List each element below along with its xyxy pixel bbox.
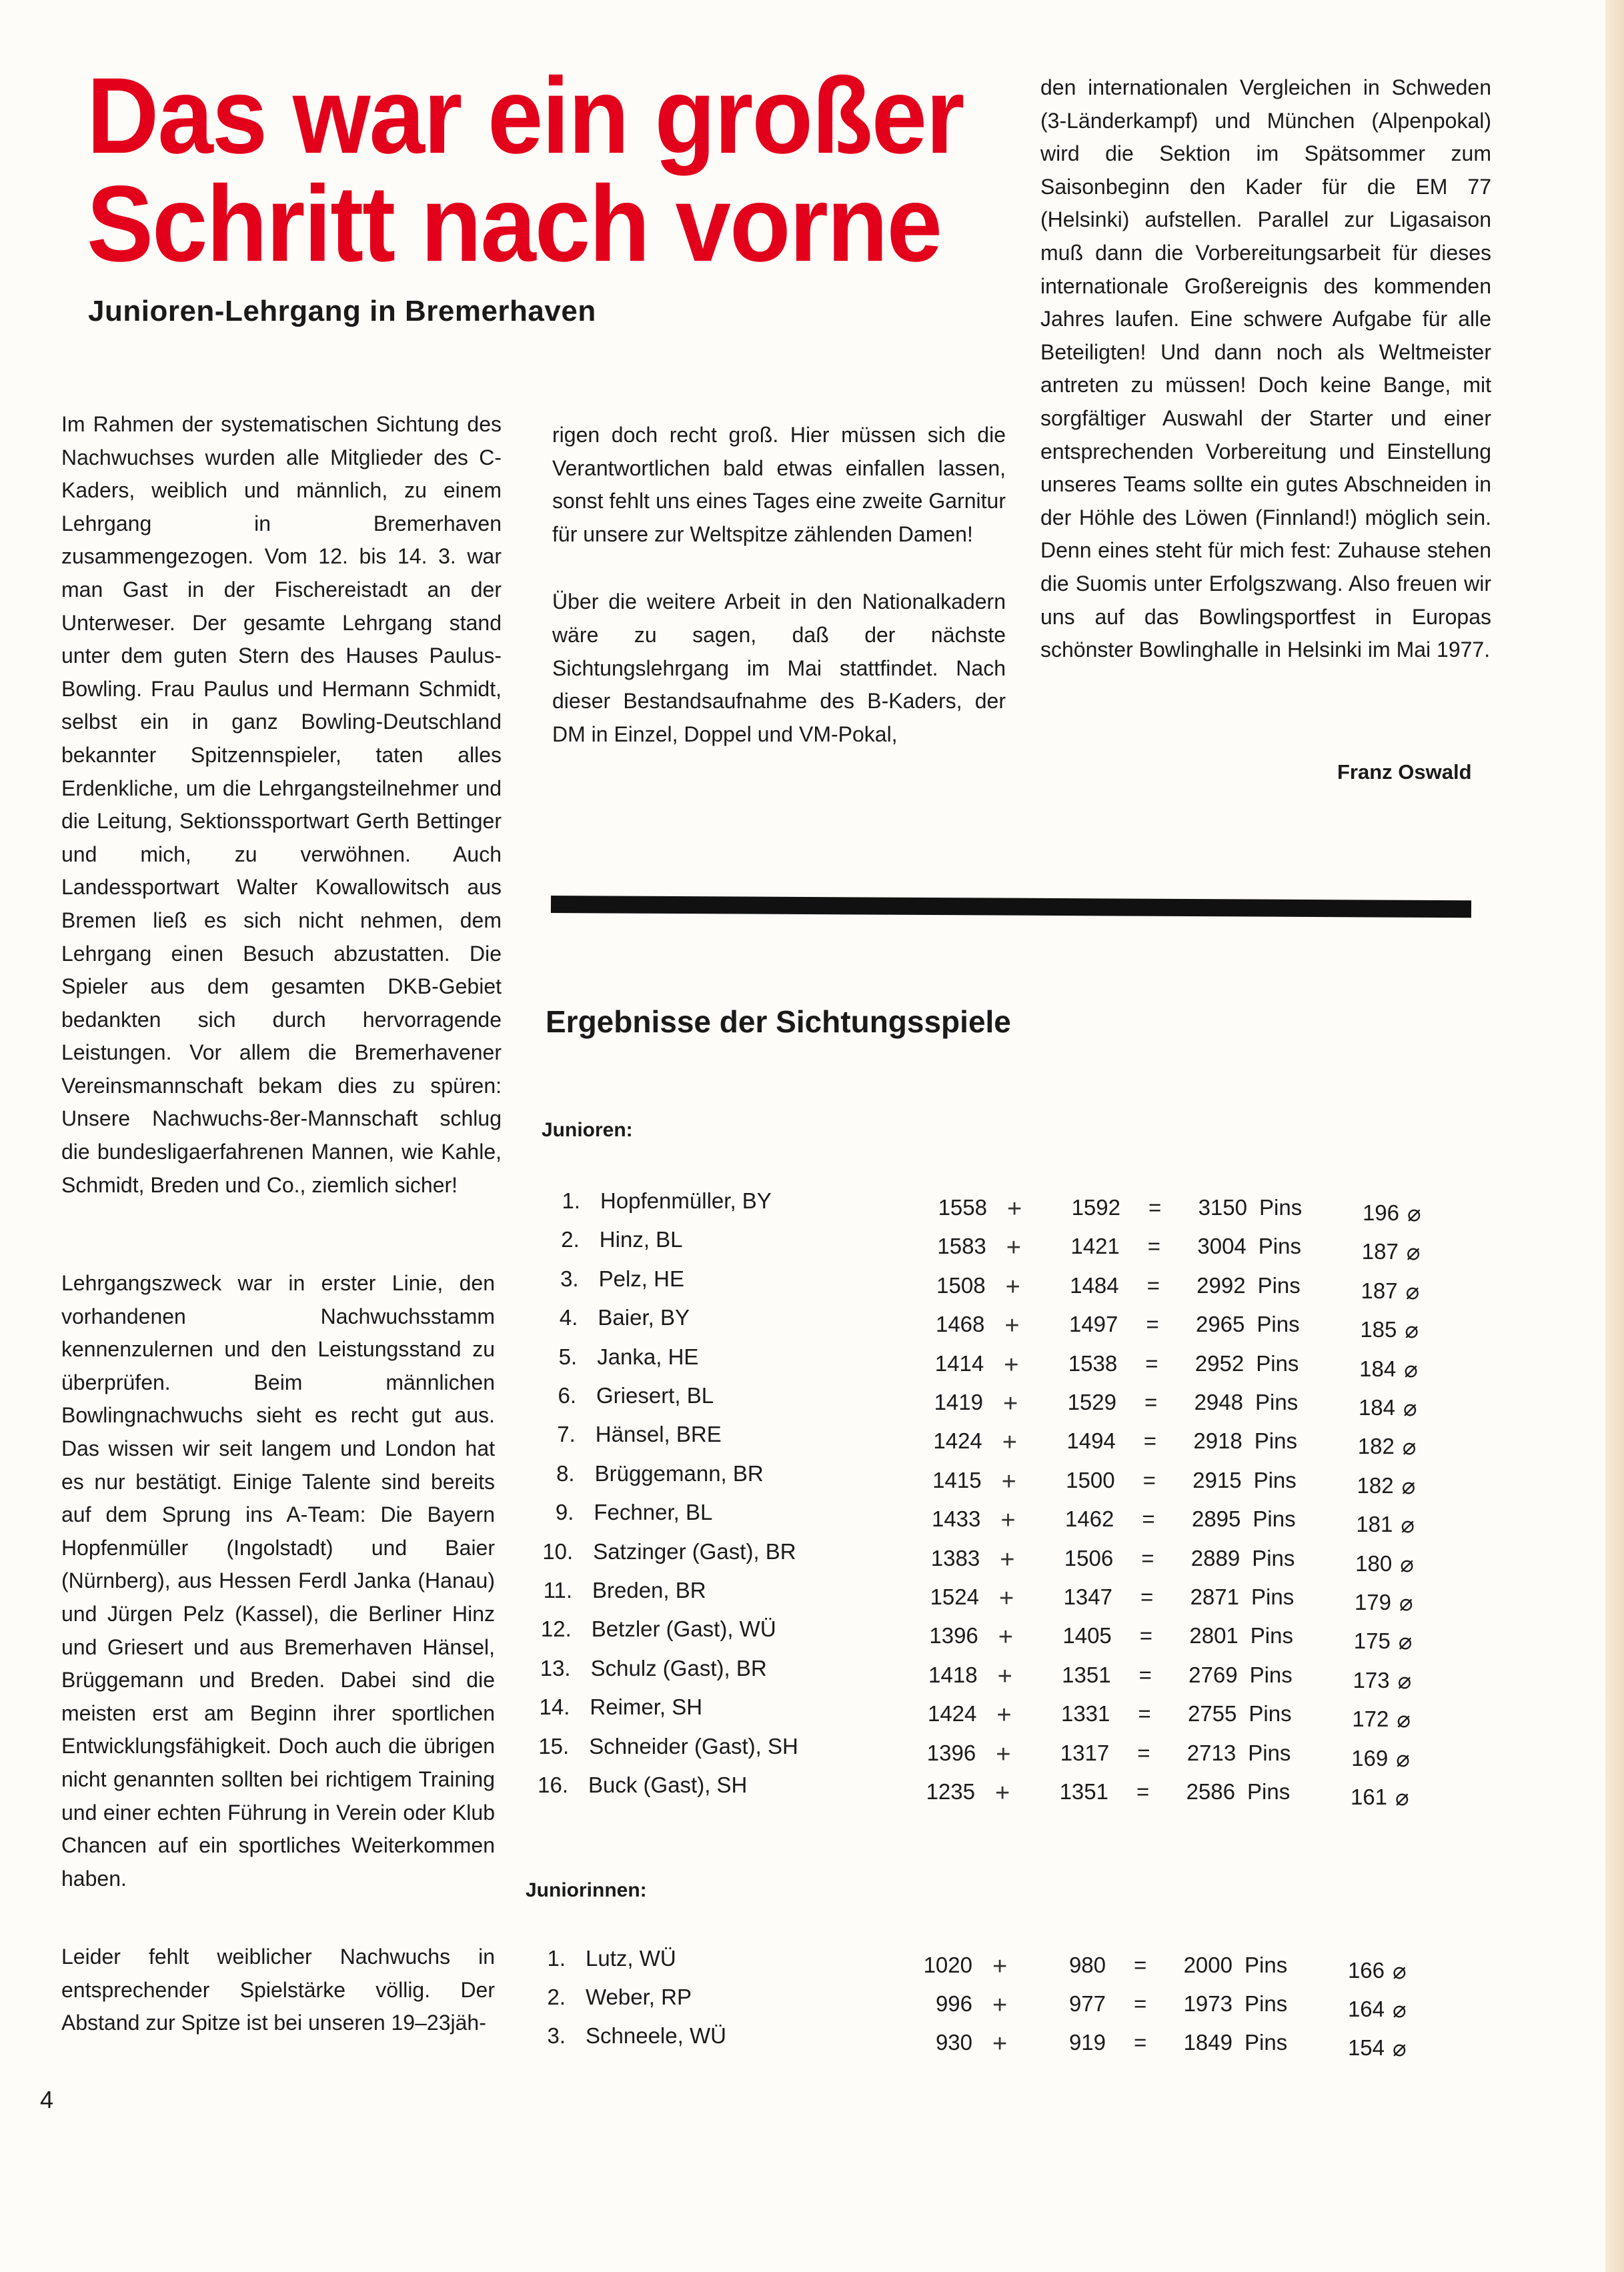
subheadline: Junioren-Lehrgang in Bremerhaven xyxy=(88,295,596,328)
plus-sign: + xyxy=(992,1953,1007,1981)
average-icon: ⌀ xyxy=(1407,1239,1420,1266)
average-score: 179 xyxy=(1351,1590,1391,1615)
rank-cell: 11. xyxy=(532,1578,572,1603)
average-icon: ⌀ xyxy=(1401,1512,1414,1538)
game2-score: 1462 xyxy=(1040,1506,1114,1532)
average-score: 184 xyxy=(1356,1356,1396,1382)
pins-unit: Pins xyxy=(1248,1741,1291,1766)
equals-sign: = xyxy=(1142,1506,1154,1532)
table-row: 2.Hinz, BL1583+1421=3004Pins187⌀ xyxy=(540,1227,1487,1260)
headline-line-2: Schritt nach vorne xyxy=(87,169,1034,277)
game1-score: 1424 xyxy=(903,1701,976,1727)
game1-score: 1558 xyxy=(914,1195,987,1220)
player-name: Schneele, WÜ xyxy=(586,2023,726,2049)
headline: Das war ein großer Schritt nach vorne xyxy=(87,61,1034,277)
plus-sign: + xyxy=(992,1991,1007,2020)
average-icon: ⌀ xyxy=(1403,1395,1417,1422)
rank-cell: 1. xyxy=(540,1188,580,1214)
pins-unit: Pins xyxy=(1259,1195,1302,1220)
table-row: 3.Schneele, WÜ930+919=1849Pins154⌀ xyxy=(526,2023,1473,2057)
plus-sign: + xyxy=(998,1662,1012,1691)
plus-sign: + xyxy=(1006,1273,1020,1302)
rank-cell: 10. xyxy=(533,1539,573,1564)
equals-sign: = xyxy=(1148,1195,1161,1220)
rank-cell: 1. xyxy=(526,1946,566,1971)
rank-cell: 13. xyxy=(531,1656,571,1681)
pins-unit: Pins xyxy=(1249,1701,1291,1727)
average-icon: ⌀ xyxy=(1393,1997,1406,2023)
rank-cell: 12. xyxy=(532,1616,572,1642)
game2-score: 1347 xyxy=(1039,1584,1112,1610)
average-score: 180 xyxy=(1352,1551,1392,1576)
table-row: 16.Buck (Gast), SH1235+1351=2586Pins161⌀ xyxy=(528,1773,1475,1806)
player-name: Reimer, SH xyxy=(590,1694,702,1720)
pins-unit: Pins xyxy=(1247,1779,1290,1805)
plus-sign: + xyxy=(1002,1468,1016,1496)
table-row: 10.Satzinger (Gast), BR1383+1506=2889Pin… xyxy=(533,1539,1480,1572)
pins-unit: Pins xyxy=(1257,1312,1299,1337)
total-pins: 2000 xyxy=(1169,1953,1233,1978)
section-divider xyxy=(551,896,1471,918)
player-name: Brüggemann, BR xyxy=(595,1461,764,1486)
table-row: 13.Schulz (Gast), BR1418+1351=2769Pins17… xyxy=(531,1656,1478,1689)
player-name: Satzinger (Gast), BR xyxy=(593,1539,796,1564)
average-score: 196 xyxy=(1359,1200,1399,1226)
equals-sign: = xyxy=(1143,1468,1156,1493)
average-icon: ⌀ xyxy=(1399,1628,1412,1655)
game2-score: 919 xyxy=(1032,2030,1106,2055)
average-icon: ⌀ xyxy=(1400,1551,1413,1578)
total-pins: 2952 xyxy=(1180,1351,1244,1376)
plus-sign: + xyxy=(996,1741,1010,1769)
game1-score: 1524 xyxy=(906,1584,979,1610)
average-score: 182 xyxy=(1354,1473,1394,1498)
player-name: Janka, HE xyxy=(597,1344,698,1370)
rank-cell: 4. xyxy=(538,1305,578,1330)
group-label-juniorinnen: Juniorinnen: xyxy=(526,1879,647,1902)
table-row: 14.Reimer, SH1424+1331=2755Pins172⌀ xyxy=(530,1694,1477,1728)
average-icon: ⌀ xyxy=(1395,1785,1409,1811)
table-row: 11.Breden, BR1524+1347=2871Pins179⌀ xyxy=(532,1578,1479,1611)
total-pins: 2769 xyxy=(1174,1662,1238,1688)
game1-score: 1419 xyxy=(910,1390,983,1415)
average-icon: ⌀ xyxy=(1396,1746,1409,1773)
author-signature: Franz Oswald xyxy=(1337,760,1472,784)
game2-score: 1484 xyxy=(1046,1273,1119,1298)
total-pins: 2965 xyxy=(1181,1312,1245,1337)
game2-score: 1405 xyxy=(1038,1623,1112,1648)
table-row: 2.Weber, RP996+977=1973Pins164⌀ xyxy=(526,1985,1473,2018)
pins-unit: Pins xyxy=(1245,2030,1287,2055)
average-score: 161 xyxy=(1347,1785,1387,1810)
game1-score: 930 xyxy=(899,2030,972,2055)
total-pins: 2586 xyxy=(1172,1779,1235,1805)
total-pins: 1849 xyxy=(1169,2030,1233,2055)
average-icon: ⌀ xyxy=(1407,1200,1421,1227)
plus-sign: + xyxy=(1002,1428,1017,1457)
headline-line-1: Das war ein großer xyxy=(87,61,1034,169)
game1-score: 1396 xyxy=(905,1623,978,1648)
pins-unit: Pins xyxy=(1253,1506,1295,1532)
game1-score: 1424 xyxy=(909,1428,982,1454)
game2-score: 1421 xyxy=(1046,1234,1120,1259)
paragraph: Im Rahmen der systematischen Sichtung de… xyxy=(61,408,502,1202)
total-pins: 2915 xyxy=(1178,1468,1242,1493)
table-row: 1.Hopfenmüller, BY1558+1592=3150Pins196⌀ xyxy=(540,1188,1487,1222)
equals-sign: = xyxy=(1134,1953,1146,1978)
equals-sign: = xyxy=(1134,1991,1146,2017)
pins-unit: Pins xyxy=(1258,1273,1301,1298)
total-pins: 3150 xyxy=(1184,1195,1247,1220)
average-icon: ⌀ xyxy=(1399,1590,1413,1616)
average-score: 181 xyxy=(1353,1512,1393,1537)
average-score: 175 xyxy=(1351,1628,1391,1654)
page-edge xyxy=(1605,0,1624,2272)
plus-sign: + xyxy=(1000,1506,1015,1535)
table-row: 5.Janka, HE1414+1538=2952Pins184⌀ xyxy=(537,1344,1484,1378)
average-icon: ⌀ xyxy=(1398,1668,1411,1694)
table-row: 4.Baier, BY1468+1497=2965Pins185⌀ xyxy=(538,1305,1485,1338)
total-pins: 2871 xyxy=(1176,1584,1239,1610)
pins-unit: Pins xyxy=(1256,1351,1299,1376)
player-name: Betzler (Gast), WÜ xyxy=(592,1616,776,1642)
player-name: Fechner, BL xyxy=(594,1500,712,1525)
average-icon: ⌀ xyxy=(1393,2035,1406,2062)
player-name: Schulz (Gast), BR xyxy=(591,1656,767,1681)
table-row: 6.Griesert, BL1419+1529=2948Pins184⌀ xyxy=(536,1383,1483,1416)
rank-cell: 7. xyxy=(536,1422,576,1447)
average-icon: ⌀ xyxy=(1403,1434,1416,1460)
total-pins: 1973 xyxy=(1169,1991,1233,2017)
average-score: 164 xyxy=(1345,1997,1385,2022)
player-name: Hinz, BL xyxy=(600,1227,683,1252)
game2-score: 1529 xyxy=(1043,1390,1116,1415)
plus-sign: + xyxy=(995,1779,1010,1808)
game2-score: 1494 xyxy=(1042,1428,1116,1454)
plus-sign: + xyxy=(1006,1234,1021,1262)
game1-score: 1020 xyxy=(899,1953,972,1978)
plus-sign: + xyxy=(1004,1351,1018,1380)
average-score: 154 xyxy=(1345,2035,1385,2061)
average-icon: ⌀ xyxy=(1405,1317,1418,1344)
article-column-2: rigen doch recht groß. Hier müssen sich … xyxy=(552,419,1006,751)
average-score: 184 xyxy=(1355,1395,1395,1420)
player-name: Pelz, HE xyxy=(599,1266,684,1292)
pins-unit: Pins xyxy=(1250,1662,1293,1688)
pins-unit: Pins xyxy=(1251,1584,1294,1610)
rank-cell: 8. xyxy=(535,1461,575,1486)
total-pins: 2889 xyxy=(1176,1546,1240,1571)
table-row: 1.Lutz, WÜ1020+980=2000Pins166⌀ xyxy=(526,1946,1473,1979)
player-name: Hopfenmüller, BY xyxy=(600,1188,772,1214)
average-icon: ⌀ xyxy=(1406,1278,1419,1305)
total-pins: 2801 xyxy=(1175,1623,1239,1648)
total-pins: 2755 xyxy=(1173,1701,1237,1727)
paragraph: Über die weitere Arbeit in den Nationalk… xyxy=(552,586,1006,751)
game1-score: 1415 xyxy=(908,1468,982,1493)
rank-cell: 3. xyxy=(539,1266,579,1292)
rank-cell: 9. xyxy=(534,1500,574,1525)
player-name: Baier, BY xyxy=(598,1305,690,1330)
equals-sign: = xyxy=(1140,1584,1153,1610)
game2-score: 1592 xyxy=(1047,1195,1120,1220)
game1-score: 1583 xyxy=(913,1234,986,1259)
average-score: 169 xyxy=(1348,1746,1388,1771)
game1-score: 996 xyxy=(899,1991,972,2017)
game1-score: 1383 xyxy=(906,1546,980,1571)
game1-score: 1396 xyxy=(902,1741,976,1766)
table-row: 12.Betzler (Gast), WÜ1396+1405=2801Pins1… xyxy=(532,1616,1479,1650)
player-name: Buck (Gast), SH xyxy=(588,1773,747,1798)
game1-score: 1468 xyxy=(911,1312,984,1337)
average-score: 187 xyxy=(1359,1239,1399,1264)
equals-sign: = xyxy=(1134,2030,1146,2055)
pins-unit: Pins xyxy=(1245,1953,1287,1978)
average-score: 185 xyxy=(1357,1317,1397,1342)
paragraph: den internationalen Vergleichen in Schwe… xyxy=(1040,71,1491,667)
total-pins: 2918 xyxy=(1179,1428,1243,1454)
equals-sign: = xyxy=(1144,1390,1157,1415)
equals-sign: = xyxy=(1137,1741,1150,1766)
plus-sign: + xyxy=(1003,1390,1018,1418)
equals-sign: = xyxy=(1147,1273,1160,1298)
game1-score: 1433 xyxy=(907,1506,980,1532)
article-column-3: den internationalen Vergleichen in Schwe… xyxy=(1040,71,1491,667)
pins-unit: Pins xyxy=(1251,1623,1293,1648)
average-icon: ⌀ xyxy=(1404,1356,1417,1383)
game2-score: 1351 xyxy=(1038,1662,1111,1688)
player-name: Weber, RP xyxy=(586,1985,692,2010)
equals-sign: = xyxy=(1136,1779,1149,1805)
rank-cell: 14. xyxy=(530,1694,570,1720)
average-icon: ⌀ xyxy=(1402,1473,1415,1500)
game2-score: 1538 xyxy=(1044,1351,1117,1376)
rank-cell: 2. xyxy=(526,1985,566,2010)
rank-cell: 6. xyxy=(536,1383,576,1408)
table-row: 9.Fechner, BL1433+1462=2895Pins181⌀ xyxy=(534,1500,1481,1533)
pins-unit: Pins xyxy=(1255,1428,1297,1454)
paragraph: rigen doch recht groß. Hier müssen sich … xyxy=(552,419,1006,551)
average-score: 166 xyxy=(1345,1958,1385,1983)
game1-score: 1418 xyxy=(904,1662,978,1688)
plus-sign: + xyxy=(1004,1312,1019,1340)
plus-sign: + xyxy=(999,1584,1014,1613)
plus-sign: + xyxy=(998,1623,1013,1652)
average-score: 187 xyxy=(1358,1278,1398,1304)
rank-cell: 16. xyxy=(528,1773,568,1798)
average-score: 182 xyxy=(1355,1434,1395,1459)
plus-sign: + xyxy=(992,2030,1007,2059)
player-name: Breden, BR xyxy=(592,1578,706,1603)
equals-sign: = xyxy=(1148,1234,1160,1259)
average-icon: ⌀ xyxy=(1393,1958,1406,1985)
total-pins: 2713 xyxy=(1172,1741,1236,1766)
game2-score: 1317 xyxy=(1036,1741,1109,1766)
table-row: 3.Pelz, HE1508+1484=2992Pins187⌀ xyxy=(539,1266,1486,1300)
pins-unit: Pins xyxy=(1255,1390,1298,1415)
total-pins: 2992 xyxy=(1182,1273,1246,1298)
player-name: Schneider (Gast), SH xyxy=(589,1734,798,1759)
game2-score: 1497 xyxy=(1044,1312,1118,1337)
rank-cell: 5. xyxy=(537,1344,577,1370)
pins-unit: Pins xyxy=(1259,1234,1301,1259)
paragraph: Lehrgangszweck war in erster Linie, den … xyxy=(61,1267,495,1895)
plus-sign: + xyxy=(1007,1195,1022,1224)
paragraph: Leider fehlt weiblicher Nachwuchs in ent… xyxy=(61,1941,495,2040)
game2-score: 1331 xyxy=(1036,1701,1110,1727)
equals-sign: = xyxy=(1145,1351,1158,1376)
game1-score: 1414 xyxy=(910,1351,984,1376)
player-name: Hänsel, BRE xyxy=(596,1422,722,1447)
game2-score: 1506 xyxy=(1040,1546,1113,1571)
pins-unit: Pins xyxy=(1252,1546,1295,1571)
pins-unit: Pins xyxy=(1245,1991,1287,2017)
player-name: Griesert, BL xyxy=(596,1383,714,1408)
rank-cell: 2. xyxy=(540,1227,580,1252)
rank-cell: 15. xyxy=(529,1734,569,1759)
equals-sign: = xyxy=(1144,1428,1156,1454)
average-score: 172 xyxy=(1349,1707,1389,1732)
game2-score: 1500 xyxy=(1042,1468,1115,1493)
equals-sign: = xyxy=(1139,1662,1152,1688)
pins-unit: Pins xyxy=(1254,1468,1297,1493)
equals-sign: = xyxy=(1146,1312,1158,1337)
total-pins: 2895 xyxy=(1177,1506,1241,1532)
plus-sign: + xyxy=(1000,1546,1014,1574)
rank-cell: 3. xyxy=(526,2023,566,2049)
plus-sign: + xyxy=(996,1701,1011,1730)
table-row: 8.Brüggemann, BR1415+1500=2915Pins182⌀ xyxy=(535,1461,1482,1494)
equals-sign: = xyxy=(1140,1623,1152,1648)
total-pins: 3004 xyxy=(1183,1234,1247,1259)
average-icon: ⌀ xyxy=(1397,1707,1410,1733)
table-row: 15.Schneider (Gast), SH1396+1317=2713Pin… xyxy=(529,1734,1476,1767)
game2-score: 1351 xyxy=(1035,1779,1108,1805)
equals-sign: = xyxy=(1141,1546,1154,1571)
equals-sign: = xyxy=(1138,1701,1150,1727)
game1-score: 1235 xyxy=(902,1779,975,1805)
game1-score: 1508 xyxy=(912,1273,986,1298)
game2-score: 980 xyxy=(1032,1953,1106,1978)
table-row: 7.Hänsel, BRE1424+1494=2918Pins182⌀ xyxy=(536,1422,1483,1455)
page-number: 4 xyxy=(40,2086,53,2114)
game2-score: 977 xyxy=(1032,1991,1106,2017)
average-score: 173 xyxy=(1350,1668,1390,1693)
results-title: Ergebnisse der Sichtungsspiele xyxy=(546,1004,1011,1040)
total-pins: 2948 xyxy=(1180,1390,1243,1415)
player-name: Lutz, WÜ xyxy=(586,1946,676,1971)
group-label-junioren: Junioren: xyxy=(542,1119,633,1142)
